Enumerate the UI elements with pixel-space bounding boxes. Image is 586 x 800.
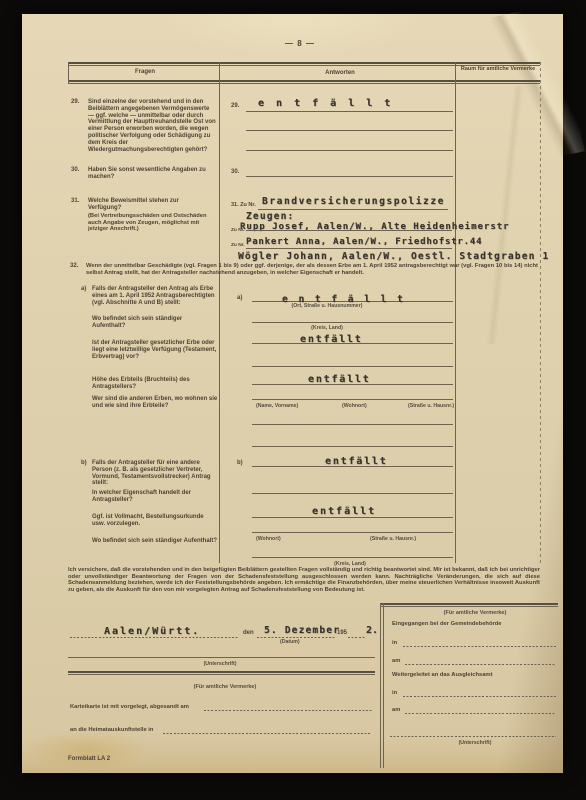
q32a-q3: Höhe des Erbteils (Bruchteils) des Antra… (92, 377, 218, 391)
official-box-am2: am (392, 707, 400, 713)
q29-answer-line-1 (246, 111, 453, 112)
official-box-received: Eingegangen bei der Gemeindebehörde (392, 621, 502, 627)
q32a-label-strasse: (Straße u. Hausnr.) (408, 403, 454, 409)
q32a-q2: Ist der Antragsteller gesetzlicher Erbe … (92, 340, 218, 360)
q31-typed-witness-3: Wögler Johann, Aalen/W., Oestl. Stadtgra… (238, 251, 549, 262)
q32a-q1: Wo befindet sich sein ständiger Aufentha… (92, 316, 216, 330)
official-box-in1: in (392, 640, 397, 646)
q32b-q1: In welcher Eigenschaft handelt der Antra… (92, 490, 218, 504)
q29-number: 29. (71, 99, 79, 105)
q30-number: 30. (71, 167, 79, 173)
q32b-line-2 (252, 493, 453, 494)
q32a-line-5 (252, 384, 453, 385)
q32b-label-strasse: (Straße u. Hausnr.) (370, 536, 416, 542)
q32b-intro: Falls der Antragsteller für eine andere … (92, 460, 218, 487)
official-box-top-rule-2 (380, 606, 558, 607)
q32a-line-7 (252, 424, 453, 425)
place-typed: Aalen/Württ. (104, 626, 200, 637)
q32a-label-wohnort: (Wohnort) (342, 403, 367, 409)
q29-answer-number: 29. (231, 103, 239, 109)
q30-answer-line (246, 176, 453, 177)
official-box-in1-line (403, 646, 556, 647)
official-box-top-rule (380, 603, 558, 605)
q32b-label-wohnort: (Wohnort) (256, 536, 281, 542)
official-box-left-border-2 (383, 603, 384, 768)
q29-answer-typed: e n t f ä l l t (258, 98, 393, 109)
table-top-rule (68, 62, 540, 64)
q31-typed-witness-2: Pankert Anna, Aalen/W., Friedhofstr.44 (246, 237, 482, 247)
q32a-answer-label: a) (237, 295, 242, 302)
section-divider-thin (68, 674, 375, 675)
q32a-q4: Wer sind die anderen Erben, wo wohnen si… (92, 396, 218, 410)
heimat-text: an die Heimatauskunftstelle in (70, 727, 153, 733)
q32a-label-name: (Name, Vorname) (256, 403, 298, 409)
year-line (348, 637, 366, 638)
den-label: den (243, 630, 254, 636)
table-left-border (68, 62, 69, 83)
header-vermerke: Raum für amtliche Vermerke (458, 66, 538, 72)
karteikarte-line (204, 710, 372, 711)
q31-line-2 (246, 230, 452, 231)
official-box-title: (Für amtliche Vermerke) (400, 610, 550, 616)
q32a-line-8 (252, 446, 453, 447)
q32b-line-5 (252, 557, 453, 558)
q32b-label: b) (81, 460, 87, 467)
datum-label: (Datum) (280, 639, 300, 645)
q32b-line-4 (252, 532, 453, 533)
q30-answer-number: 30. (231, 169, 239, 175)
q32-intro: Wenn der unmittelbar Geschädigte (vgl. F… (86, 263, 538, 276)
header-bottom-rule (68, 80, 540, 82)
page-number: — 8 — (250, 39, 350, 48)
date-line (257, 637, 335, 638)
official-box-am1: am (392, 658, 400, 664)
q31-question: Welche Beweismittel stehen zur Verfügung… (88, 198, 213, 212)
year-prefix: 195 (337, 630, 347, 636)
q32b-answer-label: b) (237, 460, 243, 467)
official-box-in2-line (403, 696, 556, 697)
q32a-line-6 (252, 399, 453, 400)
header-fragen: Fragen (90, 69, 200, 75)
place-line (70, 637, 238, 638)
q31-typed-zeugen: Zeugen: (246, 211, 294, 222)
column-divider-1 (219, 62, 220, 563)
form-id: Formblatt LA 2 (68, 756, 110, 762)
q32-number: 32. (70, 263, 78, 269)
year-typed: 2. (366, 625, 378, 636)
q31-answer-prefix: 31. Zu Nr. (231, 202, 256, 208)
official-box-unterschrift: (Unterschrift) (420, 740, 530, 746)
q32a-label-kreis: (Kreis, Land) (262, 325, 392, 331)
unterschrift-label: (Unterschrift) (170, 661, 270, 667)
q31-line-1 (258, 209, 448, 210)
q29-answer-line-2 (246, 130, 453, 131)
official-box-forwarded: Weitergeleitet an das Ausgleichsamt (392, 672, 493, 678)
table-right-border (540, 62, 541, 563)
q32a-line-2 (252, 322, 453, 323)
q32b-q2: Ggf. ist Vollmacht, Bestellungsurkunde u… (92, 514, 218, 528)
q29-question: Sind einzelne der vorstehend und in den … (88, 99, 216, 153)
q31-line-3 (246, 248, 452, 249)
q31-zu-nr-label-2: Zu Nr. (231, 243, 245, 248)
q32b-line-3 (252, 517, 453, 518)
official-box-am1-line (405, 664, 556, 665)
q32b-answer2-typed: entfällt (312, 506, 376, 517)
official-box-am2-line (405, 713, 556, 714)
q32a-line-3 (252, 343, 453, 344)
header-bottom-rule-2 (68, 83, 540, 84)
q32a-intro: Falls der Antragsteller den Antrag als E… (92, 286, 216, 306)
q31-note: (Bei Vertreibungsschäden und Ostschäden … (88, 213, 210, 233)
signature-line (68, 657, 375, 658)
karteikarte-text: Karteikarte ist mit vorgelegt, abgesandt… (70, 704, 189, 710)
official-box-signature-line (390, 736, 556, 737)
q32b-q3: Wo befindet sich sein ständiger Aufentha… (92, 538, 218, 545)
heimat-line (163, 733, 372, 734)
q29-answer-line-3 (246, 150, 453, 151)
column-divider-2 (455, 62, 456, 563)
q31-typed-policy: Brandversicherungspolizze (262, 196, 445, 207)
official-box-left-border (380, 603, 381, 768)
q32b-line-1 (252, 466, 453, 467)
q31-number: 31. (71, 198, 79, 204)
declaration-paragraph: Ich versichere, daß die vorstehenden und… (68, 567, 540, 593)
q30-question: Haben Sie sonst wesentliche Angaben zu m… (88, 167, 216, 181)
scanned-form-page: — 8 — Fragen Antworten Raum für amtliche… (0, 0, 586, 800)
header-antworten: Antworten (280, 70, 400, 76)
vermerke-label: (Für amtliche Vermerke) (160, 684, 290, 690)
section-divider-heavy (68, 671, 375, 673)
q32a-label: a) (81, 286, 86, 293)
official-box-in2: in (392, 690, 397, 696)
q32a-line-4 (252, 366, 453, 367)
date-typed: 5. Dezember (264, 625, 340, 636)
q32a-answer1-typed: e n t f ä l l t (282, 294, 405, 305)
